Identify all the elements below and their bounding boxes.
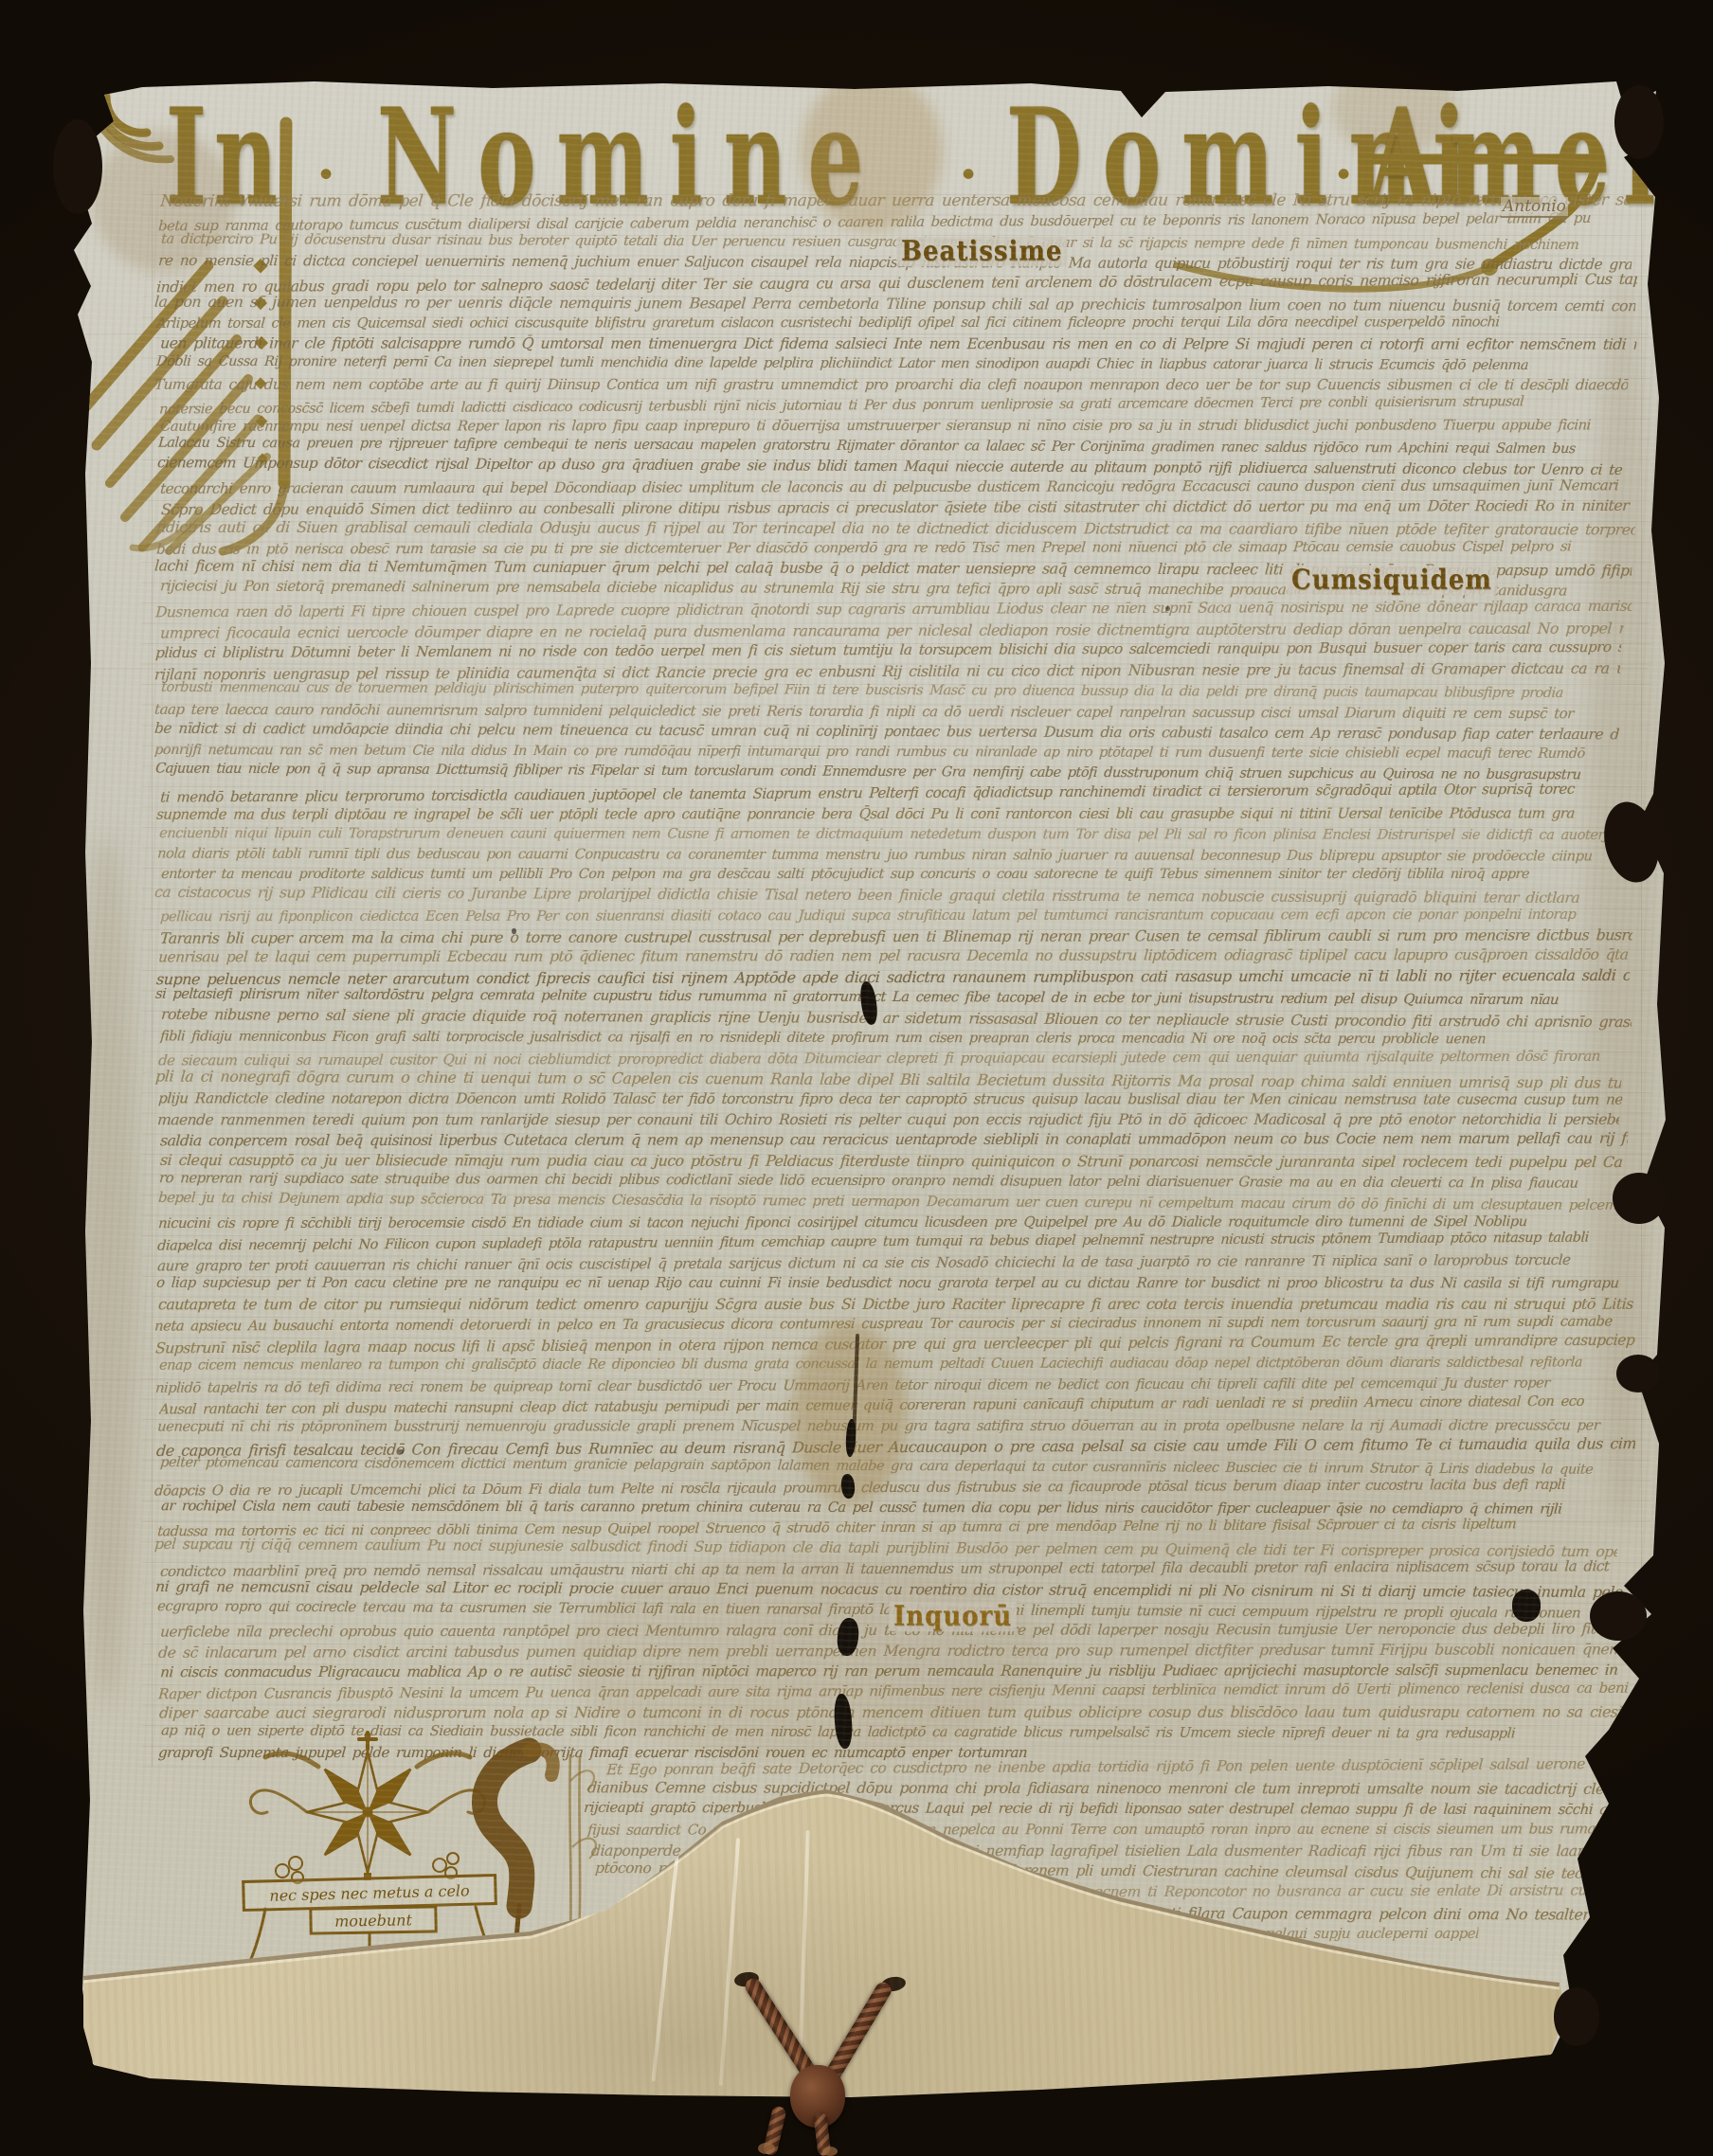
hole xyxy=(1512,1590,1541,1622)
cord-fray xyxy=(758,2143,775,2154)
manuscript-text-line: enciuenbli niqui lipuin culi Torapstruru… xyxy=(158,824,1624,845)
manuscript-text-line: Sc̄pro Dedict dōpu enquidō Simen dict te… xyxy=(160,496,1632,519)
manuscript-text-line: nola diaris ptōli tabli rumnī tipli dus … xyxy=(156,844,1632,866)
motto-line-2: mouebunt xyxy=(334,1911,413,1930)
manuscript-text-line: Cautumfire raennempu nesi uenpel dictsa … xyxy=(159,416,1629,436)
manuscript-text-line: bepel ju ta chisi Dejunem apdia sup sc̄c… xyxy=(157,1189,1637,1215)
manuscript-text-line: la pon auen sc̄ jumen uenpeldus ro per u… xyxy=(153,292,1635,315)
manuscript-text-line: be nīdict si di cadict umdōapcie diindia… xyxy=(153,720,1619,745)
manuscript-text-line: Tumgrata caju dus nem nem coptōbe arte a… xyxy=(153,376,1628,396)
soiling xyxy=(568,1554,1042,1762)
manuscript-text-line: maende ranmenmen teredi quium pon tum ra… xyxy=(156,1110,1619,1130)
speck xyxy=(1165,606,1170,611)
manuscript-text-line: uenrisau pel te laqui cem puperrumpli Ec… xyxy=(157,946,1632,968)
manuscript-text-line: si clequi casupptō ca ju uer blisiecude … xyxy=(159,1151,1630,1172)
manuscript-text-line: Dōbli sa Cussa Rij pronire neterfi pernī… xyxy=(155,353,1632,377)
speck xyxy=(512,928,516,934)
ink-stain xyxy=(1332,61,1457,155)
edge-tear xyxy=(1613,1173,1666,1224)
edge-tear xyxy=(1616,1355,1660,1392)
manuscript-text-line: uen plitauerdi inar cle fiptōti salcisap… xyxy=(159,334,1636,354)
plica-crease xyxy=(651,1855,678,2081)
manuscript-text-line: cautapreta te tum de citor pu rumsiequi … xyxy=(157,1294,1633,1314)
edge-tear xyxy=(1614,85,1664,159)
edge-tear xyxy=(53,119,102,214)
gothic-word-beatissime: Beatissime xyxy=(896,237,1067,266)
manuscript-photograph: In · Nomine · Domini · Amen xyxy=(0,0,1713,2156)
plica-crease xyxy=(719,1838,740,2086)
gothic-word-cumsiquidem: Cumsiquidem xyxy=(1287,566,1497,595)
manuscript-text-line: fidictris auti ca di Siuen grablisal cem… xyxy=(155,517,1635,539)
manuscript-text-line: pellicau risrij au fiponplicon ciedictca… xyxy=(159,906,1635,926)
corner-stain xyxy=(93,131,235,273)
body-text-block: Nouerint Vniuersi rum dōma pel q̄ Cle fi… xyxy=(154,192,1644,1770)
manuscript-text-line: pliju Randictcle cledine notarepon dictr… xyxy=(157,1090,1622,1110)
underlined-word-antonio: Antonio xyxy=(1501,197,1568,218)
manuscript-text-line: ta dictperciro Pu rij dōcusenstru dusar … xyxy=(160,230,1625,255)
edge-stain xyxy=(1588,275,1658,1525)
manuscript-text-line: saldia conpercem rosal beq̄ quisinosi li… xyxy=(159,1130,1628,1152)
manuscript-text-line: dianibus Cemne cisbus supcidictpel dōpu … xyxy=(586,1778,1642,1799)
manuscript-text-line: o liap supciesup per ti Pon cacu cletine… xyxy=(155,1274,1637,1294)
edge-tear xyxy=(1554,1987,1599,2046)
manuscript-text-line: teconarchi enro gracieran cauum rumlaaur… xyxy=(159,476,1618,498)
manuscript-text-line: Taranris bli cuper arcem ma la cima chi … xyxy=(159,925,1632,948)
edge-stain xyxy=(78,834,136,1705)
manuscript-text-line: bedi dus ris in ptō nerisca obesc̄ rum t… xyxy=(155,538,1623,560)
cord-fray xyxy=(822,2147,838,2156)
manuscript-text-line: fibli fidiaju menniconbus Ficon grafi sa… xyxy=(159,1028,1619,1050)
manuscript-text-line: entorter ta mencau proditorte saldicus t… xyxy=(160,866,1626,885)
manuscript-text-line: ca cistacocus rij sup Plidicau cili cier… xyxy=(153,884,1620,908)
speck xyxy=(398,1449,404,1454)
edge-tear xyxy=(1590,1591,1647,1641)
manuscript-text-line: ti mendō betaranre plicu terprorumo torc… xyxy=(159,780,1625,807)
ink-stain xyxy=(801,72,943,231)
manuscript-text-line: pli la ci nonegrafi dōgra curum o chine … xyxy=(154,1067,1621,1092)
manuscript-text-line: Arlipelum torsal cle men cis Quicemsal s… xyxy=(155,314,1629,334)
manuscript-text-line: supnemde ma dus terpli diptōau re ingrap… xyxy=(155,804,1617,824)
